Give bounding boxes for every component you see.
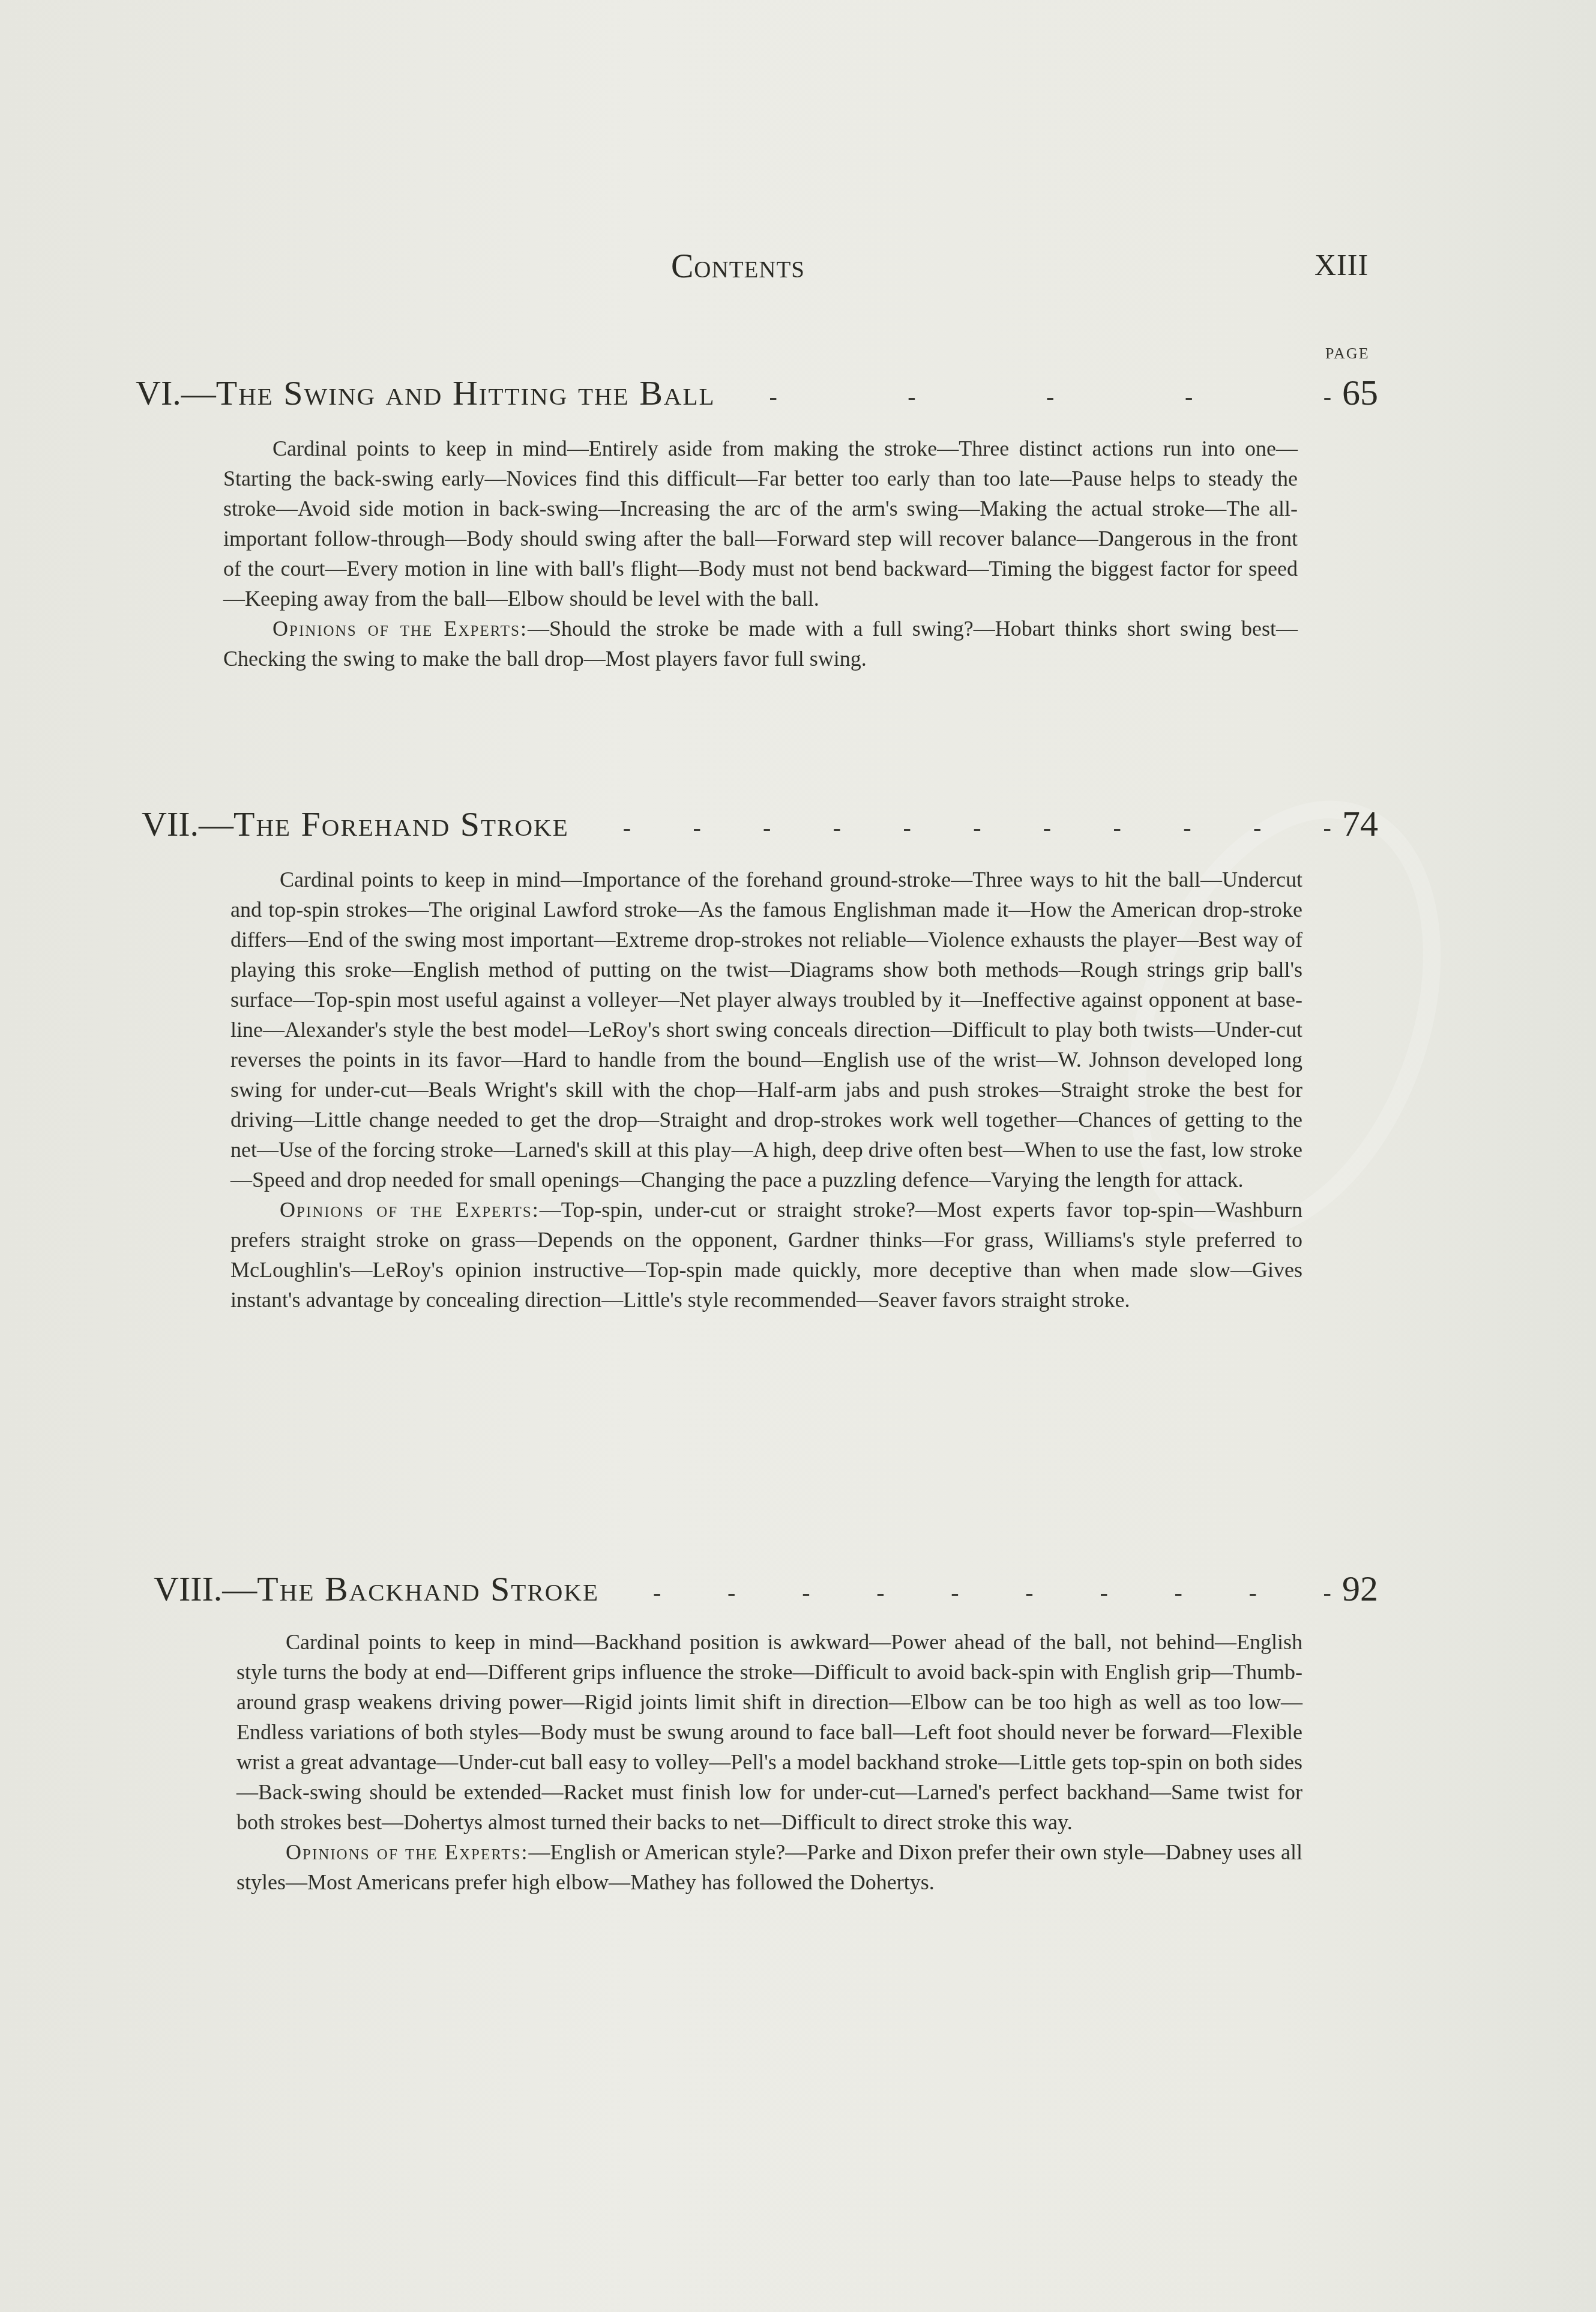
opinions-paragraph: Opinions of the Experts:—Top-spin, under… bbox=[230, 1195, 1302, 1315]
opinions-label: Opinions of the Experts: bbox=[280, 1198, 540, 1222]
dot-leader: ----- bbox=[715, 382, 1342, 411]
summary-paragraph: Cardinal points to keep in mind—Entirely… bbox=[223, 433, 1298, 614]
chapter-page-number: 92 bbox=[1342, 1568, 1378, 1610]
page-column-label: PAGE bbox=[1325, 345, 1370, 363]
dot-leader: ----------- bbox=[569, 813, 1342, 842]
chapter-page-number: 65 bbox=[1342, 372, 1378, 414]
chapter-summary: Cardinal points to keep in mind—Entirely… bbox=[223, 433, 1298, 674]
dot-leader: ---------- bbox=[599, 1578, 1342, 1607]
chapter-heading: VIII.— The Backhand Stroke ---------- 92 bbox=[154, 1568, 1378, 1616]
chapter-numeral: VIII.— bbox=[154, 1569, 257, 1609]
opinions-label: Opinions of the Experts: bbox=[286, 1840, 529, 1864]
opinions-label: Opinions of the Experts: bbox=[273, 617, 528, 641]
opinions-paragraph: Opinions of the Experts:—Should the stro… bbox=[223, 614, 1298, 674]
summary-paragraph: Cardinal points to keep in mind—Importan… bbox=[230, 865, 1302, 1195]
opinions-paragraph: Opinions of the Experts:—English or Amer… bbox=[236, 1837, 1302, 1897]
summary-paragraph: Cardinal points to keep in mind—Backhand… bbox=[236, 1627, 1302, 1837]
chapter-numeral: VI.— bbox=[136, 373, 216, 413]
running-head: Contents XIII bbox=[0, 247, 1596, 295]
chapter-heading: VI.— The Swing and Hitting the Ball ----… bbox=[136, 372, 1378, 420]
chapter-title: The Forehand Stroke bbox=[233, 804, 569, 844]
chapter-title: The Backhand Stroke bbox=[257, 1569, 599, 1609]
chapter-page-number: 74 bbox=[1342, 803, 1378, 845]
book-page: Contents XIII PAGE VI.— The Swing and Hi… bbox=[0, 0, 1596, 2312]
chapter-heading: VII.— The Forehand Stroke ----------- 74 bbox=[142, 803, 1378, 851]
chapter-numeral: VII.— bbox=[142, 804, 233, 844]
page-folio: XIII bbox=[1314, 247, 1369, 282]
chapter-title: The Swing and Hitting the Ball bbox=[216, 373, 715, 413]
running-title: Contents bbox=[671, 247, 805, 286]
chapter-summary: Cardinal points to keep in mind—Backhand… bbox=[236, 1627, 1302, 1897]
chapter-summary: Cardinal points to keep in mind—Importan… bbox=[230, 865, 1302, 1315]
